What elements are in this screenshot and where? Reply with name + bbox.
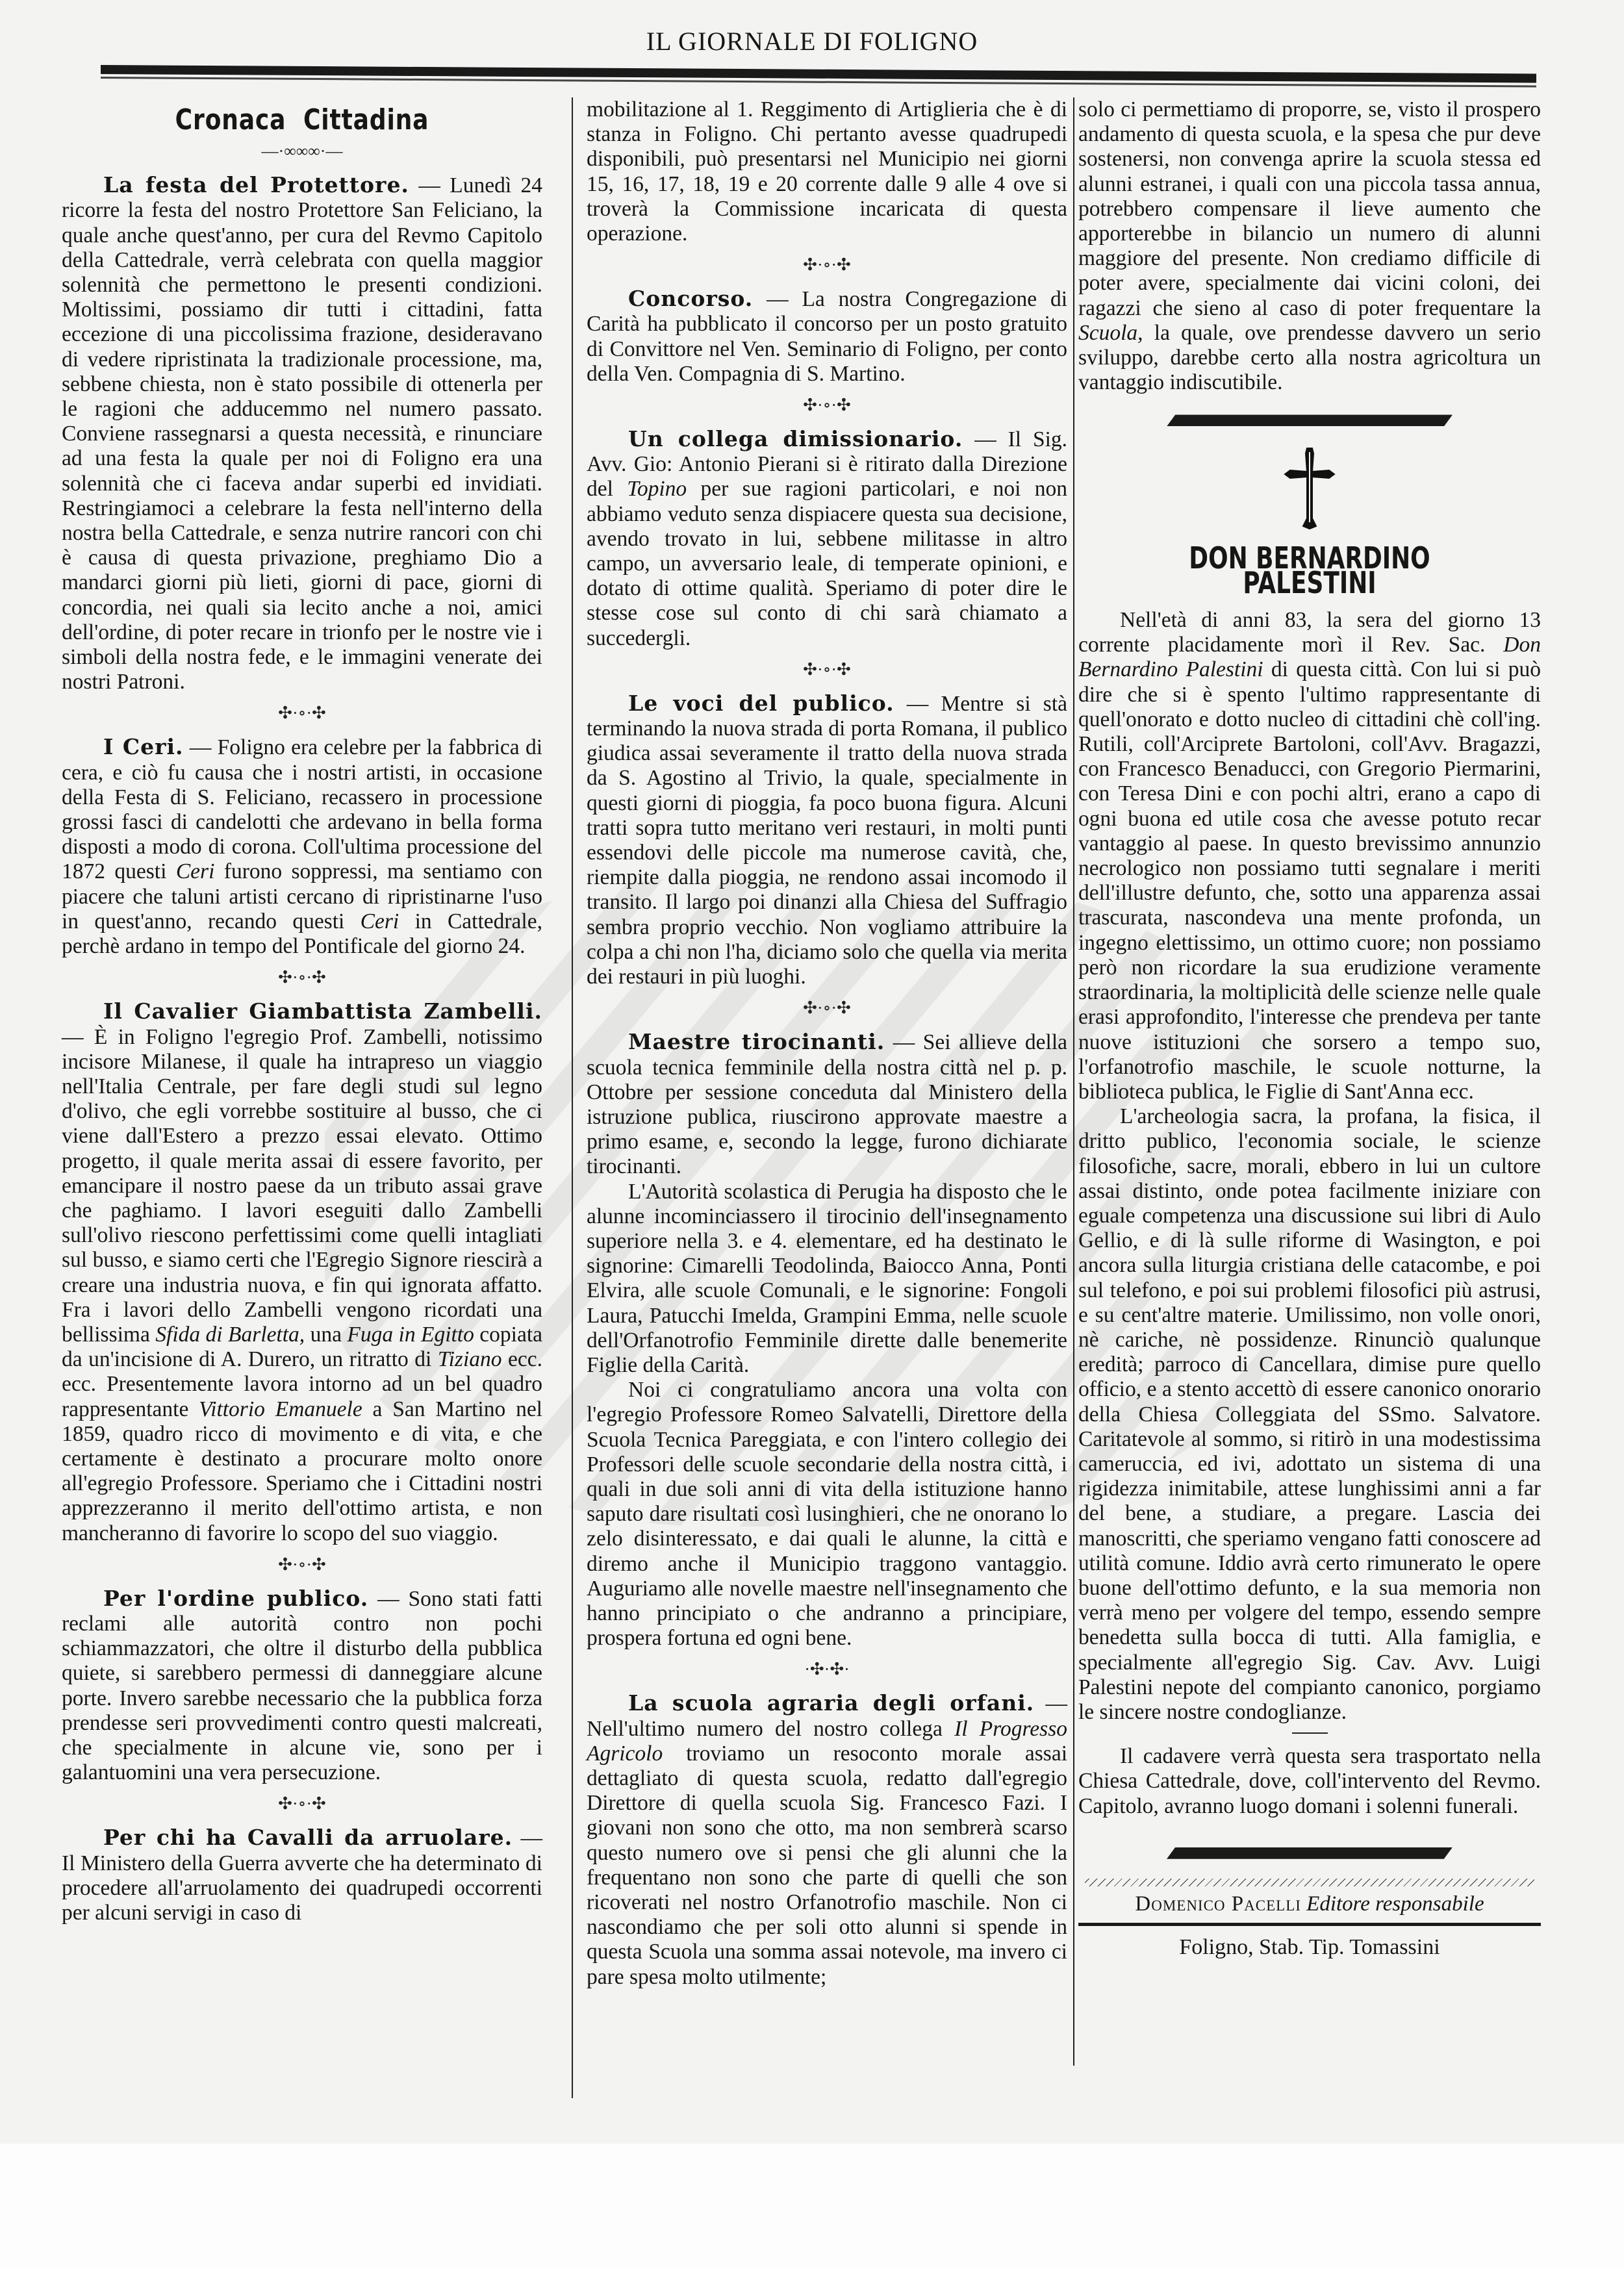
- headline-cavalli: Per chi ha Cavalli da arruolare.: [103, 1825, 513, 1850]
- article-collega: Un collega dimissionario. — Il Sig. Avv.…: [587, 427, 1067, 651]
- headline-ceri: I Ceri.: [103, 734, 184, 759]
- headline-collega: Un collega dimissionario.: [628, 426, 963, 451]
- article-maestre: Maestre tirocinanti. — Sei allieve della…: [587, 1030, 1067, 1179]
- headline-zambelli: Il Cavalier Giambattista Zambelli.: [103, 998, 542, 1024]
- separator-ornament-icon: ✣·∘·✣: [587, 998, 1067, 1018]
- headline-ordine: Per l'ordine publico.: [103, 1586, 368, 1611]
- obituary-p3: Il cadavere verrà questa sera trasportat…: [1078, 1744, 1541, 1819]
- mourning-bar-top: [1167, 414, 1453, 426]
- headline-festa: La festa del Protettore.: [103, 172, 409, 197]
- column-divider-1: [572, 97, 573, 2098]
- article-concorso: Concorso. — La nostra Congregazione di C…: [587, 286, 1067, 387]
- separator-ornament-icon: ✣·∘·✣: [62, 704, 542, 723]
- article-maestre-p2: L'Autorità scolastica di Perugia ha disp…: [587, 1180, 1067, 1378]
- headline-voci: Le voci del publico.: [628, 691, 894, 716]
- article-ordine: Per l'ordine publico. — Sono stati fatti…: [62, 1586, 542, 1786]
- article-agraria: La scuola agraria degli orfani. — Nell'u…: [587, 1691, 1067, 1989]
- short-rule: [1292, 1732, 1328, 1734]
- column-2: mobilitazione al 1. Reggimento di Artigl…: [587, 97, 1067, 1990]
- article-agraria-continued: solo ci permettiamo di proporre, se, vis…: [1078, 97, 1541, 395]
- mourning-bar-bottom: [1167, 1847, 1453, 1859]
- article-voci: Le voci del publico. — Mentre si stà ter…: [587, 691, 1067, 989]
- article-maestre-p3: Noi ci congratuliamo ancora una volta co…: [587, 1378, 1067, 1651]
- article-cavalli: Per chi ha Cavalli da arruolare. — Il Mi…: [62, 1825, 542, 1925]
- obituary-p1: Nell'età di anni 83, la sera del giorno …: [1078, 608, 1541, 1104]
- footer-rule: [1078, 1923, 1541, 1926]
- masthead-rule-thick: [101, 65, 1536, 83]
- headline-maestre: Maestre tirocinanti.: [628, 1029, 885, 1054]
- headline-agraria: La scuola agraria degli orfani.: [628, 1690, 1034, 1716]
- article-zambelli: Il Cavalier Giambattista Zambelli. — È i…: [62, 999, 542, 1545]
- article-cavalli-continued: mobilitazione al 1. Reggimento di Artigl…: [587, 97, 1067, 246]
- editor-credit: Domenico Pacelli Editore responsabile: [1078, 1892, 1541, 1916]
- separator-ornament-icon: ✣·∘·✣: [587, 255, 1067, 275]
- double-ornament-icon: ·✣·✣·: [587, 1660, 1067, 1679]
- printer-credit: Foligno, Stab. Tip. Tomassini: [1078, 1935, 1541, 1960]
- separator-ornament-icon: ✣·∘·✣: [587, 396, 1067, 415]
- cross-icon: [1078, 446, 1541, 536]
- separator-ornament-icon: ✣·∘·✣: [587, 660, 1067, 679]
- section-ornament-icon: —·∞∞∞·—: [62, 142, 542, 161]
- headline-concorso: Concorso.: [628, 286, 753, 311]
- obituary-name: DON BERNARDINO PALESTINI: [1129, 546, 1490, 595]
- separator-ornament-icon: ✣·∘·✣: [62, 1555, 542, 1575]
- obituary-p2: L'archeologia sacra, la profana, la fisi…: [1078, 1104, 1541, 1725]
- wavy-rule: [1085, 1879, 1534, 1886]
- article-festa: La festa del Protettore. — Lunedì 24 ric…: [62, 173, 542, 694]
- masthead-title: IL GIORNALE DI FOLIGNO: [0, 26, 1624, 57]
- newspaper-page: IL GIORNALE DI FOLIGNO Cronaca Cittadina…: [0, 0, 1624, 2144]
- separator-ornament-icon: ✣·∘·✣: [62, 1794, 542, 1814]
- article-ceri: I Ceri. — Foligno era celebre per la fab…: [62, 735, 542, 959]
- separator-ornament-icon: ✣·∘·✣: [62, 968, 542, 987]
- column-3: solo ci permettiamo di proporre, se, vis…: [1078, 97, 1541, 1960]
- section-title: Cronaca Cittadina: [105, 108, 500, 133]
- column-1: Cronaca Cittadina —·∞∞∞·— La festa del P…: [62, 91, 542, 1925]
- column-divider-2: [1073, 97, 1074, 2066]
